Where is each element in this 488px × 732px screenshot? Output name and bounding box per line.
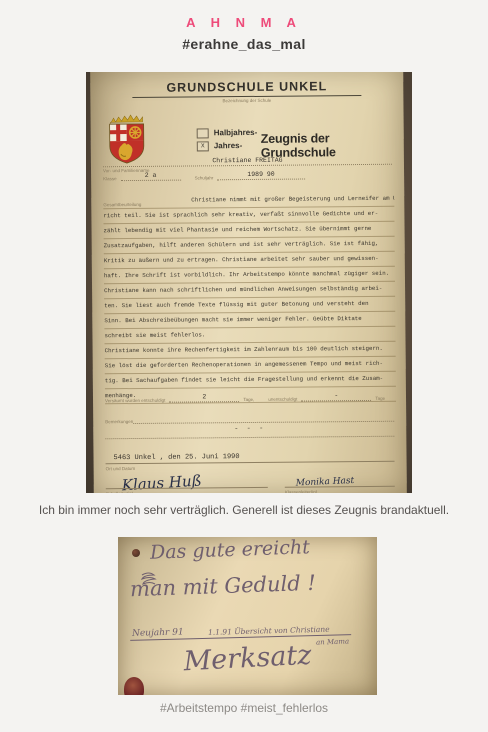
- post-page: A H N M A #erahne_das_mal GRUNDSCHULE UN…: [0, 0, 488, 732]
- report-card-photo[interactable]: GRUNDSCHULE UNKEL Bezeichnung der Schule: [86, 72, 412, 493]
- report-card-paper: GRUNDSCHULE UNKEL Bezeichnung der Schule: [90, 72, 407, 493]
- fullyear-label: Jahres-: [214, 141, 243, 150]
- halfyear-label: Halbjahres-: [214, 128, 258, 137]
- note-line-2: man mit Geduld !: [130, 571, 317, 601]
- year-label: Schuljahr: [195, 175, 214, 180]
- absence-excused-value: 2: [169, 393, 239, 401]
- signature-zone: Klaus Huß Schulleiter(in) Monika Hast Kl…: [106, 466, 395, 493]
- note-line-3-date: Neujahr 91: [132, 627, 184, 638]
- classteacher-label: Klassenleiter(in): [285, 489, 317, 493]
- class-value: 2 a: [121, 172, 181, 180]
- note-line-3-text: 1.1.91 Übersicht von Christiane: [208, 625, 330, 637]
- student-name: Christiane FREITAG: [103, 156, 392, 166]
- remarks-label: Bemerkungen: [105, 419, 133, 424]
- remarks-row: Bemerkungen: [105, 412, 394, 425]
- remarks-value-row: - - -: [105, 424, 394, 440]
- class-year-row: Klasse 2 a Schuljahr 1989 90: [103, 167, 392, 182]
- handwritten-note-photo[interactable]: Das gute ereicht man mit Geduld ! Neujah…: [118, 537, 377, 695]
- absence-unexcused-label: unentschuldigt: [268, 397, 297, 402]
- note-line-1: Das gute ereicht: [150, 537, 311, 564]
- school-name: GRUNDSCHULE UNKEL: [90, 79, 403, 96]
- fullyear-checkbox[interactable]: X: [197, 141, 209, 151]
- footer-hashtags: #Arbeitstempo #meist_fehlerlos: [0, 701, 488, 715]
- brand-logo: A H N M A: [0, 15, 488, 30]
- halfyear-checkbox[interactable]: [197, 128, 209, 138]
- headteacher-signature: Klaus Huß: [121, 466, 284, 493]
- absence-unexcused-value: -: [301, 392, 371, 400]
- hole-punch: [132, 549, 140, 557]
- absence-label: Versäumt wurden entschuldigt: [105, 398, 165, 404]
- absence-days-label1: Tage,: [243, 397, 254, 402]
- absence-days-label2: Tage: [375, 396, 385, 401]
- note-line-4: Merksatz: [118, 636, 377, 681]
- student-name-row: Christiane FREITAG: [103, 153, 392, 168]
- headteacher-signature-block: Klaus Huß Schulleiter(in): [106, 467, 268, 493]
- class-label: Klasse: [103, 176, 117, 181]
- caption-text: Ich bin immer noch sehr verträglich. Gen…: [0, 503, 488, 517]
- classteacher-signature-block: Monika Hast Klassenleiter(in): [285, 466, 395, 493]
- assessment-text: Christiane nimmt mit großer Begeisterung…: [103, 192, 396, 405]
- fingertip: [124, 677, 144, 695]
- place-date-value: 5463 Unkel , den 25. Juni 1990: [105, 452, 402, 463]
- classteacher-signature-line: [285, 486, 395, 488]
- post-title-hashtag: #erahne_das_mal: [0, 36, 488, 52]
- headteacher-label: Schulleiter(in): [106, 491, 134, 493]
- term-checkboxes: Halbjahres- X Jahres-: [197, 126, 258, 153]
- place-date-row: 5463 Unkel , den 25. Juni 1990: [105, 450, 394, 465]
- year-value: 1989 90: [217, 171, 304, 179]
